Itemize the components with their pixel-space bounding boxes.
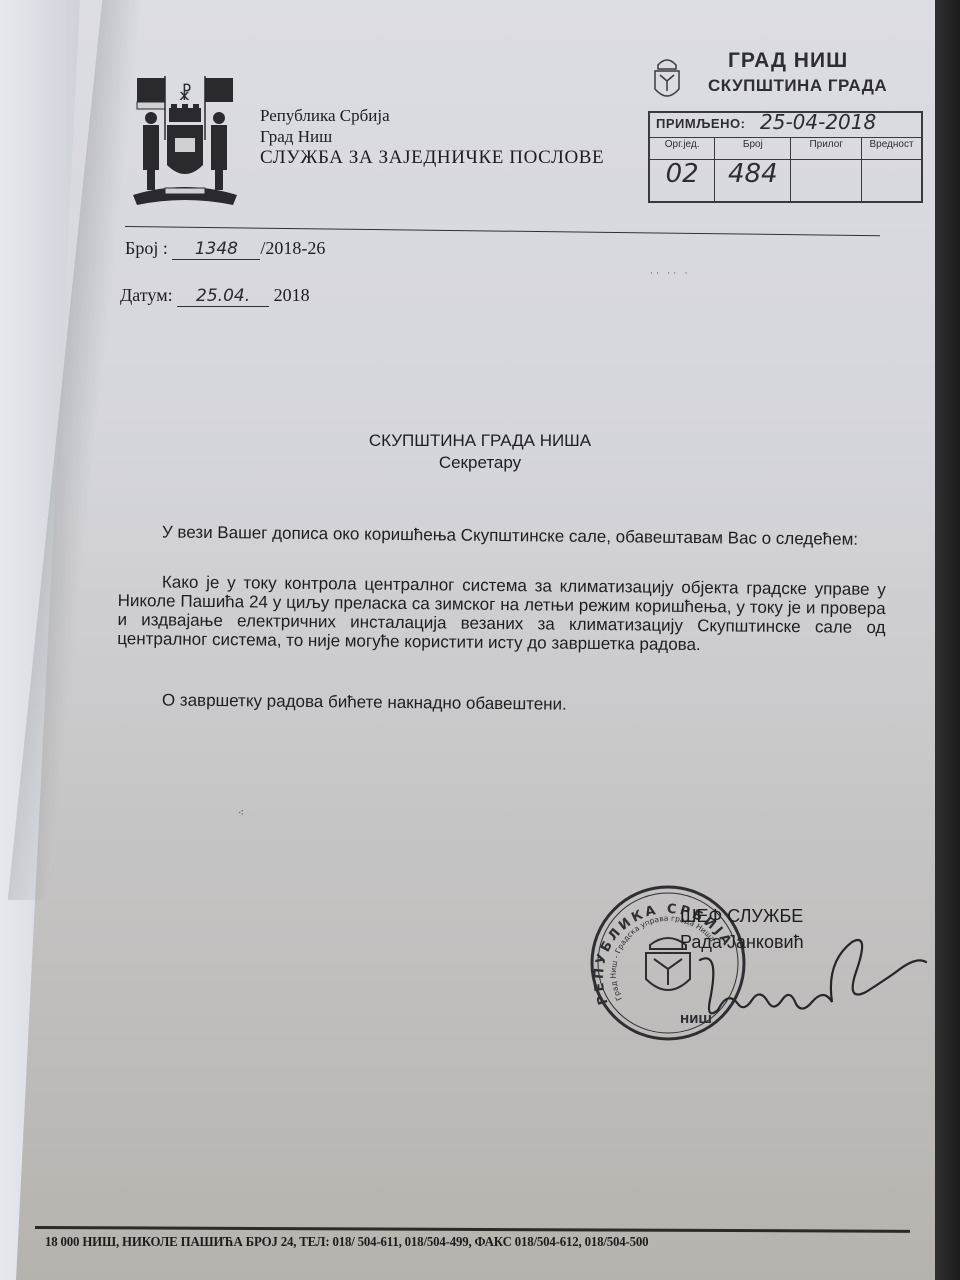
stamp-title: ГРАД НИШ [728,49,848,73]
print-specks: ·· ·· · [650,268,691,278]
received-date: 25-04-2018 [760,110,876,134]
handwritten-signature-icon [690,930,960,1030]
signatory-title: ШЕФ СЛУЖБЕ [680,903,804,929]
letterhead-republic: Република Србија [260,105,604,126]
org-unit-value: 02 [650,159,714,189]
body-paragraph-3: О завршетку радова бићете накнадно обаве… [118,690,886,717]
receipt-stamp: ГРАД НИШ СКУПШТИНА ГРАДА ПРИМЉЕНО: 25-04… [648,45,923,205]
date-year: 2018 [274,285,310,305]
stamp-col-org-unit: Орг.јед. 02 [650,137,715,203]
recipient-title: Секретару [300,452,660,474]
number-handwritten: 1348 [195,239,238,259]
footer-divider [35,1226,910,1233]
date-label: Датум: [120,285,173,305]
stamp-columns: Орг.јед. 02 Број 484 Прилог Вредност [650,137,921,203]
date-handwritten: 25.04. [196,286,250,306]
letterhead-city: Град Ниш [260,126,604,147]
header-divider [125,226,880,236]
reference-date: Датум: 25.04. 2018 [120,285,310,307]
recipient-block: СКУПШТИНА ГРАДА НИША Секретару [300,430,660,474]
number-label: Број : [125,238,168,258]
svg-text:☧: ☧ [178,83,192,105]
footer-address: 18 000 НИШ, НИКОЛЕ ПАШИЋА БРОЈ 24, ТЕЛ: … [45,1235,648,1251]
stamp-col-number: Број 484 [715,137,791,203]
body-paragraph-1: У вези Вашег дописа око коришћења Скупшт… [118,522,886,549]
document-page: ☧ Република Србија Град Ниш СЛУЖБА ЗА ЗА… [0,0,935,1280]
received-label: ПРИМЉЕНО: [656,116,745,131]
city-crest-icon: ☧ [125,70,245,215]
number-suffix: /2018-26 [260,238,325,258]
recipient-name: СКУПШТИНА ГРАДА НИША [300,430,660,452]
stamp-col-value: Вредност [862,137,921,203]
body-paragraph-2: Како је у току контрола централног систе… [117,572,886,656]
letterhead-department: СЛУЖБА ЗА ЗАЈЕДНИЧКЕ ПОСЛОВЕ [260,147,604,168]
reference-number: Број : 1348/2018-26 [125,238,325,260]
number-value: 484 [715,159,790,189]
stamp-table: ПРИМЉЕНО: 25-04-2018 Орг.јед. 02 Број 48… [648,111,923,203]
stamp-subtitle: СКУПШТИНА ГРАДА [708,76,887,96]
letterhead-text: Република Србија Град Ниш СЛУЖБА ЗА ЗАЈЕ… [260,105,604,168]
ink-speck: ⁖ [238,808,244,819]
stamp-received-row: ПРИМЉЕНО: 25-04-2018 [650,113,921,138]
serbian-coat-of-arms-icon [650,55,684,105]
stamp-col-attachment: Прилог [791,137,862,203]
